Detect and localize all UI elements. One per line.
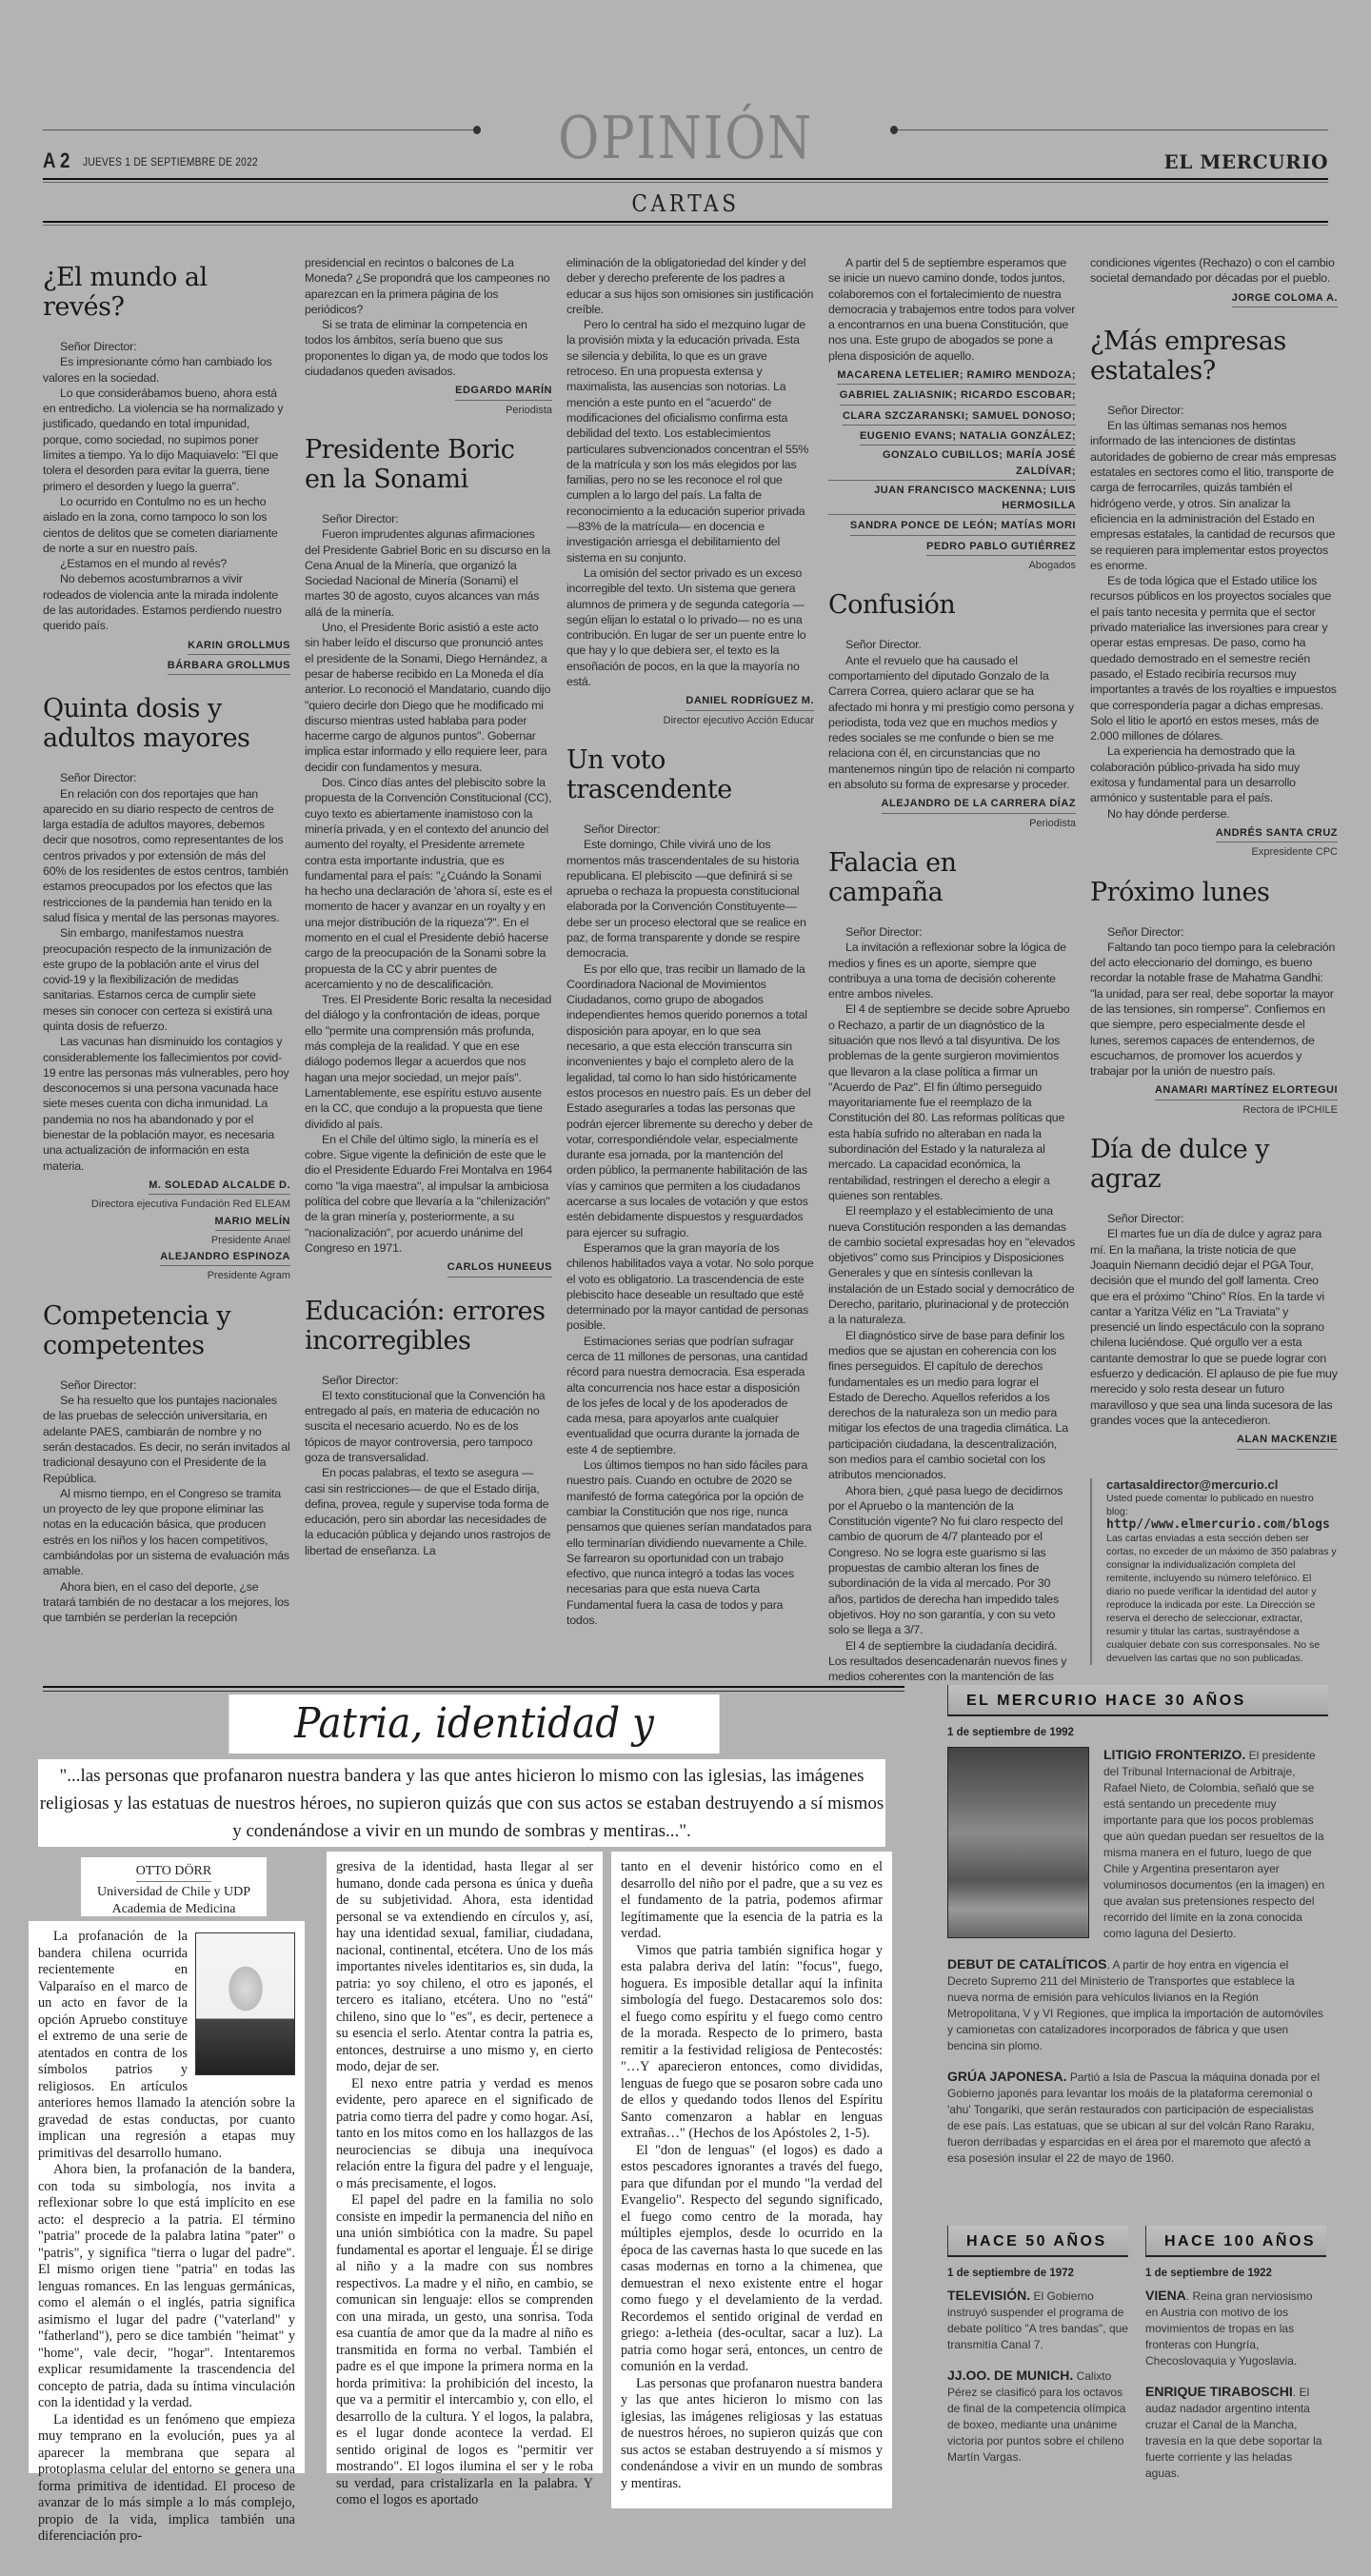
letter-title: Confusión (828, 590, 1076, 620)
item-body: Partió a Isla de Pascua la máquina donad… (947, 2071, 1320, 2165)
item-headline: VIENA (1145, 2288, 1186, 2303)
author-name: MARIO MELÍN (215, 1214, 290, 1231)
author-role: Presidente Anael (43, 1233, 290, 1248)
history-header: HACE 100 AÑOS (1145, 2226, 1326, 2257)
paragraph: Señor Director: (305, 1373, 552, 1388)
author-name: CLARA SZCZARANSKI; SAMUEL DONOSO; (843, 408, 1076, 426)
letter-title: Un voto trascendente (566, 745, 814, 804)
history-item: DEBUT DE CATALÍTICOS. A partir de hoy en… (947, 1956, 1328, 2054)
author-role: Periodista (305, 403, 552, 418)
paragraph: En pocas palabras, el texto se asegura —… (305, 1465, 552, 1558)
letter-title: Falacia en campaña (828, 848, 1076, 907)
history-date: 1 de septiembre de 1972 (947, 2266, 1128, 2282)
paragraph: Este domingo, Chile vivirá uno de los mo… (566, 837, 814, 961)
paragraph: Señor Director: (1090, 403, 1338, 418)
item-headline: LITIGIO FRONTERIZO. (1103, 1747, 1245, 1762)
item-headline: DEBUT DE CATALÍTICOS (947, 1956, 1106, 1972)
subsection-title: CARTAS (69, 190, 1302, 217)
history-header: HACE 50 AÑOS (947, 2226, 1128, 2257)
author-affiliation: Universidad de Chile y UDP (97, 1885, 250, 1899)
paragraph: En el Chile del último siglo, la minería… (305, 1132, 552, 1256)
author-name: MACARENA LETELIER; RAMIRO MENDOZA; (837, 367, 1076, 385)
author-role: Abogados (828, 558, 1076, 573)
paragraph: La invitación a reflexionar sobre la lóg… (828, 940, 1076, 1001)
archive-photo (947, 1747, 1089, 1938)
divider (43, 1686, 904, 1692)
newspaper-brand: EL MERCURIO (1163, 150, 1328, 173)
column-4: A partir del 5 de septiembre esperamos q… (828, 255, 1076, 1684)
history-100-years: HACE 100 AÑOS 1 de septiembre de 1922 VI… (1145, 2226, 1326, 2496)
paragraph: Las personas que profanaron nuestra band… (621, 2376, 883, 2493)
paragraph: En relación con dos reportajes que han a… (43, 786, 290, 926)
section-title: OPINIÓN (139, 103, 1232, 172)
author-name: EUGENIO EVANS; NATALIA GONZÁLEZ; (860, 428, 1076, 446)
article-column-2: gresiva de la identidad, hasta llegar al… (327, 1852, 603, 2473)
author-name: EDGARDO MARÍN (455, 383, 552, 400)
letter-body: presidencial en recintos o balcones de L… (305, 255, 552, 379)
history-item: JJ.OO. DE MUNICH. Calixto Pérez se clasi… (947, 2368, 1128, 2466)
paragraph: Si se trata de eliminar la competencia e… (305, 317, 552, 379)
letter-body: Señor Director: Fueron imprudentes algun… (305, 511, 552, 1256)
letter-title: ¿Más empresas estatales? (1090, 327, 1338, 386)
paragraph: Señor Director: (1090, 1211, 1338, 1226)
author-role: Expresidente CPC (1090, 844, 1338, 860)
letter-body: Señor Director: En las últimas semanas n… (1090, 403, 1338, 822)
letter-title: Presidente Boric en la Sonami (305, 435, 552, 494)
letter-body: Señor Director: Este domingo, Chile vivi… (566, 822, 814, 1628)
author-name: CARLOS HUNEEUS (447, 1259, 552, 1277)
blog-intro: Usted puede comentar lo publicado en nue… (1106, 1492, 1338, 1518)
paragraph: La experiencia ha demostrado que la cola… (1090, 743, 1338, 805)
history-item: VIENA. Reina gran nerviosismo en Austria… (1145, 2288, 1326, 2369)
paragraph: Faltando tan poco tiempo para la celebra… (1090, 940, 1338, 1080)
author-role: Director ejecutivo Acción Educar (566, 713, 814, 728)
paragraph: A partir del 5 de septiembre esperamos q… (828, 255, 1076, 364)
paragraph: Ahora bien, ¿qué pasa luego de decidirno… (828, 1483, 1076, 1638)
letter-body: Señor Director: Se ha resuelto que los p… (43, 1377, 290, 1626)
paragraph: En las últimas semanas nos hemos informa… (1090, 418, 1338, 573)
paragraph: Tres. El Presidente Boric resalta la nec… (305, 992, 552, 1132)
letter-body: eliminación de la obligatoriedad del kín… (566, 255, 814, 689)
paragraph: El nexo entre patria y verdad es menos e… (336, 2076, 593, 2193)
paragraph: Ante el revuelo que ha causado el compor… (828, 653, 1076, 793)
letter-body: Señor Director: El martes fue un día de … (1090, 1211, 1338, 1428)
signature: KARIN GROLLMUS BÁRBARA GROLLMUS (43, 637, 290, 678)
paragraph: Señor Director: (43, 339, 290, 354)
paragraph: Vimos que patria también significa hogar… (621, 1943, 883, 2143)
author-name: GABRIEL ZALIASNIK; RICARDO ESCOBAR; (840, 387, 1076, 405)
paragraph: No debemos acostumbrarnos a vivir rodead… (43, 571, 290, 633)
paragraph: El 4 de septiembre se decide sobre Aprue… (828, 1001, 1076, 1203)
article-column-1: La profanación de la bandera chilena ocu… (29, 1921, 305, 2473)
paragraph: presidencial en recintos o balcones de L… (305, 255, 552, 317)
letter-title: Competencia y competentes (43, 1301, 290, 1360)
divider (43, 221, 1328, 226)
author-name: JORGE COLOMA A. (1232, 290, 1338, 307)
column-3: eliminación de la obligatoriedad del kín… (566, 255, 814, 1628)
paragraph: Se ha resuelto que los puntajes nacional… (43, 1393, 290, 1486)
submission-rules: Las cartas enviadas a esta sección deben… (1106, 1532, 1338, 1665)
letter-body: Señor Director: El texto constitucional … (305, 1373, 552, 1559)
paragraph: Los últimos tiempos no han sido fáciles … (566, 1457, 814, 1628)
author-name: SANDRA PONCE DE LEÓN; MATÍAS MORI (850, 518, 1076, 535)
signature: ALAN MACKENZIE (1090, 1431, 1338, 1451)
author-name: GONZALO CUBILLOS; MARÍA JOSÉ ZALDÍVAR; (828, 447, 1076, 481)
paragraph: Señor Director: (43, 770, 290, 785)
signature: ALEJANDRO DE LA CARRERA DÍAZ Periodista (828, 795, 1076, 831)
paragraph: Ahora bien, en el caso del deporte, ¿se … (43, 1579, 290, 1626)
paragraph: eliminación de la obligatoriedad del kín… (566, 255, 814, 317)
pull-quote: "...las personas que profanaron nuestra … (38, 1759, 885, 1847)
history-item: TELEVISIÓN. El Gobierno instruyó suspend… (947, 2288, 1128, 2353)
paragraph: La identidad es un fenómeno que empieza … (38, 2412, 295, 2546)
paragraph: El martes fue un día de dulce y agraz pa… (1090, 1226, 1338, 1428)
history-date: 1 de septiembre de 1922 (1145, 2266, 1326, 2282)
paragraph: ¿Estamos en el mundo al revés? (43, 556, 290, 571)
paragraph: Es de toda lógica que el Estado utilice … (1090, 573, 1338, 743)
author-role: Periodista (828, 816, 1076, 831)
signature: DANIEL RODRÍGUEZ M. Director ejecutivo A… (566, 692, 814, 728)
author-portrait (195, 1932, 295, 2075)
paragraph: El diagnóstico sirve de base para defini… (828, 1328, 1076, 1483)
paragraph: Esperamos que la gran mayoría de los chi… (566, 1240, 814, 1334)
paragraph: El "don de lenguas" (el logos) es dado a… (621, 2143, 883, 2376)
author-role: Directora ejecutiva Fundación Red ELEAM (43, 1197, 290, 1212)
paragraph: Estimaciones serias que podrían sufragar… (566, 1334, 814, 1457)
paragraph: condiciones vigentes (Rechazo) o con el … (1090, 255, 1338, 287)
byline: OTTO DÖRR Universidad de Chile y UDP Aca… (81, 1857, 267, 1916)
item-body: . El audaz nadador argentino intenta cru… (1145, 2386, 1321, 2480)
letter-body: Señor Director: En relación con dos repo… (43, 770, 290, 1174)
author-name: ANAMARI MARTÍNEZ ELORTEGUI (1155, 1082, 1338, 1100)
author-affiliation: Academia de Medicina (112, 1902, 236, 1916)
paragraph: gresiva de la identidad, hasta llegar al… (336, 1859, 593, 2076)
author-name: ALAN MACKENZIE (1237, 1432, 1338, 1449)
paragraph: Sin embargo, manifestamos nuestra preocu… (43, 925, 290, 1034)
letter-body: condiciones vigentes (Rechazo) o con el … (1090, 255, 1338, 287)
item-headline: ENRIQUE TIRABOSCHI (1145, 2384, 1293, 2399)
letter-title: Quinta dosis y adultos mayores (43, 694, 290, 753)
paragraph: Señor Director: (305, 511, 552, 526)
paragraph: El 4 de septiembre la ciudadanía decidir… (828, 1638, 1076, 1685)
paragraph: El texto constitucional que la Convenció… (305, 1388, 552, 1465)
paragraph: Pero lo central ha sido el mezquino luga… (566, 317, 814, 565)
paragraph: Las vacunas han disminuido los contagios… (43, 1034, 290, 1174)
author-name: ALEJANDRO DE LA CARRERA DÍAZ (882, 796, 1076, 813)
article-column-3: tanto en el devenir histórico como en el… (611, 1852, 892, 2508)
paragraph: La omisión del sector privado es un exce… (566, 565, 814, 689)
author-name: JUAN FRANCISCO MACKENNA; LUIS HERMOSILLA (828, 483, 1076, 516)
item-headline: TELEVISIÓN. (947, 2288, 1030, 2303)
paragraph: El reemplazo y el establecimiento de una… (828, 1203, 1076, 1327)
paragraph: Señor Director: (43, 1377, 290, 1393)
letter-title: Próximo lunes (1090, 878, 1338, 907)
author-name: KARIN GROLLMUS (188, 638, 290, 655)
letter-title: Educación: errores incorregibles (305, 1297, 552, 1356)
paragraph: Lo que considerábamos bueno, ahora está … (43, 386, 290, 494)
paragraph: El papel del padre en la familia no solo… (336, 2192, 593, 2509)
letter-body: Señor Director: La invitación a reflexio… (828, 924, 1076, 1685)
author-name: ANDRÉS SANTA CRUZ (1216, 825, 1338, 842)
signature: CARLOS HUNEEUS (305, 1258, 552, 1278)
signature: JORGE COLOMA A. (1090, 289, 1338, 309)
author-name: M. SOLEDAD ALCALDE D. (149, 1178, 290, 1195)
signature: ANAMARI MARTÍNEZ ELORTEGUI Rectora de IP… (1090, 1081, 1338, 1118)
edition-date: JUEVES 1 DE SEPTIEMBRE DE 2022 (83, 155, 258, 168)
history-date: 1 de septiembre de 1992 (947, 1725, 1328, 1741)
email-link[interactable]: cartasaldirector@mercurio.cl (1106, 1478, 1338, 1492)
paragraph: Ahora bien, la profanación de la bandera… (38, 2162, 295, 2412)
paragraph: No hay dónde perderse. (1090, 806, 1338, 822)
paragraph: Es por ello que, tras recibir un llamado… (566, 961, 814, 1240)
signature: EDGARDO MARÍN Periodista (305, 382, 552, 418)
paragraph: Señor Director: (566, 822, 814, 837)
paragraph: Señor Director: (1090, 924, 1338, 940)
page-number: A 2 (43, 149, 70, 173)
paragraph: Uno, el Presidente Boric asistió a este … (305, 620, 552, 775)
paragraph: Es impresionante cómo han cambiado los v… (43, 354, 290, 386)
signature: M. SOLEDAD ALCALDE D. Directora ejecutiv… (43, 1177, 290, 1284)
history-item: ENRIQUE TIRABOSCHI. El audaz nadador arg… (1145, 2384, 1326, 2482)
history-50-years: HACE 50 AÑOS 1 de septiembre de 1972 TEL… (947, 2226, 1128, 2480)
item-body: . A partir de hoy entra en vigencia el D… (947, 1958, 1323, 2052)
letter-title: ¿El mundo al revés? (43, 263, 290, 322)
blog-link[interactable]: http//www.elmercurio.com/blogs (1106, 1518, 1338, 1532)
author-role: Rectora de IPCHILE (1090, 1102, 1338, 1118)
signature: MACARENA LETELIER; RAMIRO MENDOZA; GABRI… (828, 367, 1076, 573)
item-body: El presidente del Tribunal Internacional… (1103, 1749, 1324, 1940)
item-body: Calixto Pérez se clasificó para los octa… (947, 2369, 1125, 2464)
paragraph: Al mismo tiempo, en el Congreso se trami… (43, 1486, 290, 1579)
letter-body: Señor Director: Es impresionante cómo ha… (43, 339, 290, 634)
column-1: ¿El mundo al revés? Señor Director: Es i… (43, 255, 290, 1625)
history-item: GRÚA JAPONESA. Partió a Isla de Pascua l… (947, 2069, 1328, 2167)
column-5: condiciones vigentes (Rechazo) o con el … (1090, 255, 1338, 1665)
paragraph: Lo ocurrido en Contulmo no es un hecho a… (43, 494, 290, 556)
letter-body: Señor Director. Ante el revuelo que ha c… (828, 637, 1076, 792)
author-name: OTTO DÖRR (136, 1863, 211, 1882)
article-title: Patria, identidad y verdad (228, 1694, 719, 1754)
paragraph: Señor Director. (828, 637, 1076, 652)
item-headline: JJ.OO. DE MUNICH. (947, 2368, 1073, 2383)
divider (43, 178, 1328, 183)
paragraph: Dos. Cinco días antes del plebiscito sob… (305, 775, 552, 992)
signature: ANDRÉS SANTA CRUZ Expresidente CPC (1090, 824, 1338, 861)
author-name: ALEJANDRO ESPINOZA (160, 1249, 290, 1266)
letter-body: Señor Director: Faltando tan poco tiempo… (1090, 924, 1338, 1080)
contact-box: cartasaldirector@mercurio.cl Usted puede… (1090, 1478, 1338, 1665)
column-2: presidencial en recintos o balcones de L… (305, 255, 552, 1558)
paragraph: Señor Director: (828, 924, 1076, 940)
author-name: BÁRBARA GROLLMUS (168, 658, 290, 675)
paragraph: tanto en el devenir histórico como en el… (621, 1859, 883, 1943)
item-headline: GRÚA JAPONESA. (947, 2069, 1067, 2084)
history-header: EL MERCURIO HACE 30 AÑOS (947, 1685, 1328, 1716)
history-30-years: EL MERCURIO HACE 30 AÑOS 1 de septiembre… (947, 1685, 1328, 2181)
letter-title: Día de dulce y agraz (1090, 1135, 1338, 1194)
author-role: Presidente Agram (43, 1268, 290, 1283)
paragraph: Fueron imprudentes algunas afirmaciones … (305, 526, 552, 620)
author-name: DANIEL RODRÍGUEZ M. (685, 693, 814, 710)
author-name: PEDRO PABLO GUTIÉRREZ (926, 539, 1076, 556)
letter-body: A partir del 5 de septiembre esperamos q… (828, 255, 1076, 364)
